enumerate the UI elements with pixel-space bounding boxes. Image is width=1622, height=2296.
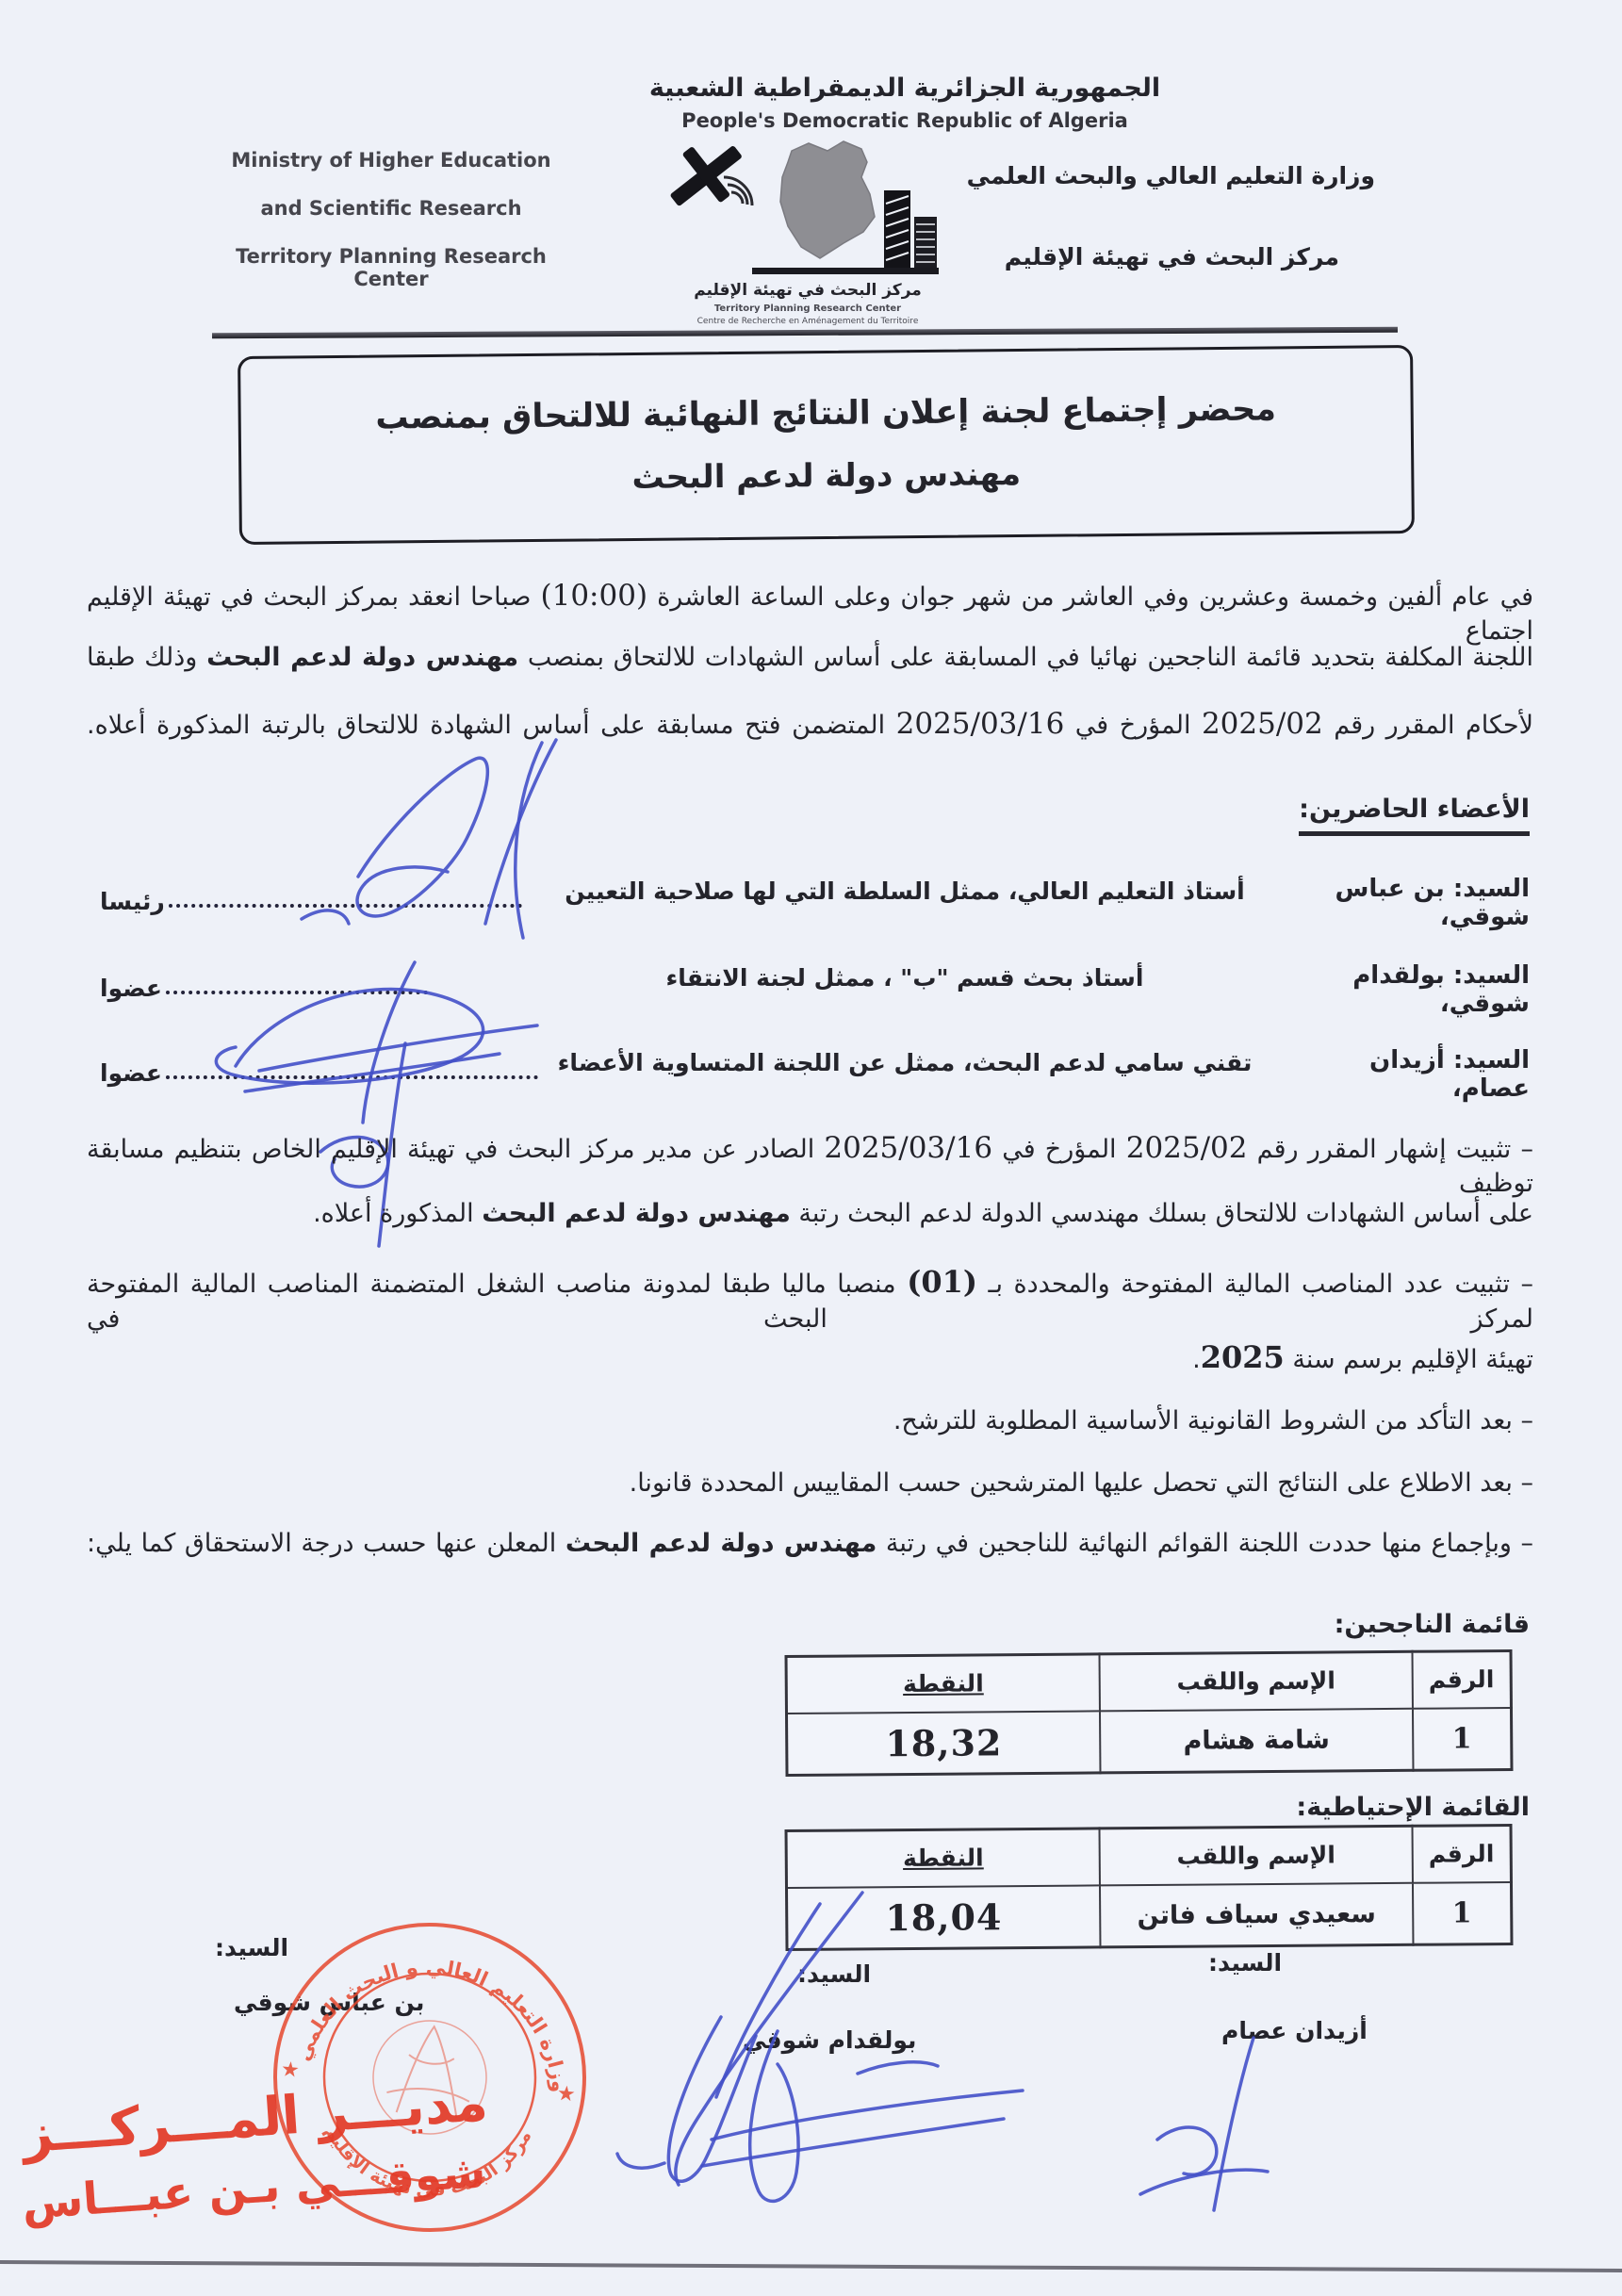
logo-caption-arabic: مركز البحث في تهيئة الإقليم — [652, 281, 963, 300]
table-row: 1 سعيدي سياف فاتن 18,04 — [786, 1881, 1511, 1949]
position-title-bold: مهندس دولة لدعم البحث — [482, 1199, 791, 1228]
logo-caption-english: Territory Planning Research Center — [652, 303, 963, 314]
budget-year: 2025 — [1201, 1339, 1285, 1375]
resolution-5: – وبإجماع منها حددت اللجنة القوائم النها… — [87, 1527, 1533, 1560]
winner-score: 18,32 — [786, 1711, 1100, 1776]
decision-number: 2025/02 — [1202, 707, 1323, 741]
chairman-handwritten-signature — [273, 735, 565, 950]
winners-table-header-row: الرقم الإسم واللقب النقطة — [786, 1650, 1511, 1713]
position-title-bold: مهندس دولة لدعم البحث — [206, 643, 518, 672]
winner-name: شامة هشام — [1100, 1708, 1413, 1773]
center-name-arabic: مركز البحث في تهيئة الإقليم — [1005, 243, 1339, 271]
attendee-1-role: أستاذ التعليم العالي، ممثل السلطة التي ل… — [452, 877, 1357, 905]
ministry-english-line2: and Scientific Research — [220, 197, 563, 220]
logo-baseline — [752, 268, 939, 274]
logo-caption-french: Centre de Recherche en Aménagement du Te… — [652, 317, 963, 326]
republic-name-arabic: الجمهورية الجزائرية الديمقراطية الشعبية — [565, 74, 1244, 103]
reserve-name: سعيدي سياف فاتن — [1100, 1882, 1413, 1947]
document-title-line1: محضر إجتماع لجنة إعلان النتائج النهائية … — [241, 389, 1411, 438]
header-divider — [212, 327, 1398, 339]
attendee-2-capacity: عضوا — [100, 976, 162, 1002]
column-header-rank: الرقم — [1412, 1825, 1511, 1882]
document-title-line2: مهندس دولة لدعم البحث — [241, 451, 1411, 500]
winners-table: الرقم الإسم واللقب النقطة 1 شامة هشام 18… — [785, 1649, 1514, 1777]
intro-line-1: في عام ألفين وخمسة وعشرين وفي العاشر من … — [87, 577, 1533, 648]
column-header-score: النقطة — [786, 1654, 1100, 1714]
column-header-name: الإسم واللقب — [1100, 1826, 1413, 1885]
decision-date: 2025/03/16 — [824, 1131, 992, 1165]
center-logo — [652, 138, 963, 279]
decision-number: 2025/02 — [1126, 1131, 1248, 1165]
satellite-icon — [669, 145, 752, 207]
resolution-1-line2: على أساس الشهادات للالتحاق بسلك مهندسي ا… — [87, 1197, 1533, 1230]
center-name-english: Territory Planning Research Center — [220, 245, 563, 290]
attendees-heading: الأعضاء الحاضرين: — [1299, 795, 1530, 836]
decision-date: 2025/03/16 — [896, 707, 1065, 741]
ministry-name-arabic: وزارة التعليم العالي والبحث العلمي — [967, 162, 1375, 189]
ministry-name-english: Ministry of Higher Education and Scienti… — [220, 149, 563, 316]
page-footer-line — [0, 2260, 1622, 2272]
column-header-score: النقطة — [786, 1829, 1100, 1888]
buildings-icon — [884, 190, 937, 268]
resolution-1-line1: – تثبيت إشهار المقرر رقم 2025/02 المؤرخ … — [87, 1129, 1533, 1200]
algeria-map-icon — [780, 141, 875, 258]
reserve-rank: 1 — [1413, 1881, 1512, 1944]
position-title-bold: مهندس دولة لدعم البحث — [565, 1529, 877, 1558]
reserve-table: الرقم الإسم واللقب النقطة 1 سعيدي سياف ف… — [785, 1824, 1514, 1951]
republic-name-english: People's Democratic Republic of Algeria — [565, 109, 1244, 132]
right-handwritten-signature — [1112, 2026, 1291, 2226]
table-row: 1 شامة هشام 18,32 — [786, 1707, 1511, 1775]
resolution-2-line2: تهيئة الإقليم برسم سنة 2025. — [87, 1338, 1533, 1378]
meeting-time: (10:00) — [541, 579, 648, 613]
signatory-right-label: السيد: — [1208, 1949, 1282, 1976]
seal-star-icon: ★ — [280, 2058, 301, 2083]
attendee-3-capacity: عضوا — [100, 1060, 162, 1087]
ministry-english-line1: Ministry of Higher Education — [220, 149, 563, 172]
resolution-2-line1: – تثبيت عدد المناصب المالية المفتوحة وال… — [87, 1263, 1533, 1336]
attendee-1-capacity: رئيسا — [100, 889, 165, 915]
column-header-rank: الرقم — [1412, 1650, 1511, 1708]
document-page: الجمهورية الجزائرية الديمقراطية الشعبية … — [0, 0, 1622, 2296]
attendee-2-role: أستاذ بحث قسم "ب" ، ممثل لجنة الانتقاء — [452, 964, 1357, 992]
reserve-table-header-row: الرقم الإسم واللقب النقطة — [786, 1825, 1511, 1887]
column-header-name: الإسم واللقب — [1100, 1651, 1413, 1711]
resolution-3: – بعد التأكد من الشروط القانونية الأساسي… — [87, 1404, 1533, 1437]
post-count: (01) — [907, 1264, 977, 1300]
resolution-4: – بعد الاطلاع على النتائج التي تحصل عليه… — [87, 1467, 1533, 1500]
winner-rank: 1 — [1413, 1707, 1512, 1770]
reserve-list-heading: القائمة الإحتياطية: — [1296, 1793, 1530, 1822]
winners-list-heading: قائمة الناجحين: — [1335, 1610, 1530, 1639]
intro-line-2: اللجنة المكلفة بتحديد قائمة الناجحين نها… — [87, 641, 1533, 674]
title-box: محضر إجتماع لجنة إعلان النتائج النهائية … — [238, 345, 1415, 545]
attendee-3-role: تقني سامي لدعم البحث، ممثل عن اللجنة الم… — [452, 1049, 1357, 1076]
